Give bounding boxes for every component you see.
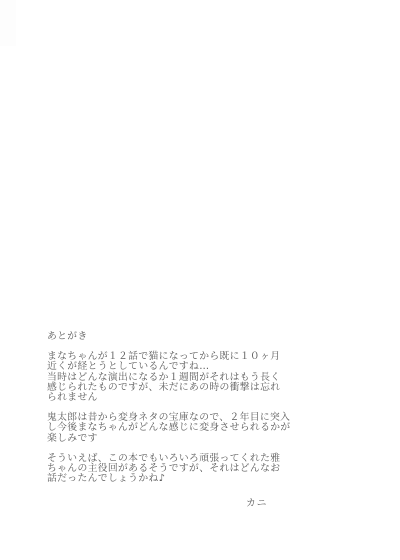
- afterword-heading: あとがき: [47, 332, 299, 342]
- afterword-paragraph: まなちゃんが１２話で猫になってから既に１０ヶ月 近くが経とうとしているんですね……: [47, 352, 299, 403]
- afterword-paragraph: 鬼太郎は昔から変身ネタの宝庫なので、２年目に突入 し今後まなちゃんがどんな感じに…: [47, 413, 299, 444]
- afterword-text-block: あとがき まなちゃんが１２話で猫になってから既に１０ヶ月 近くが経とうとしている…: [47, 332, 299, 494]
- afterword-paragraph: そういえば、この本でもいろいろ頑張ってくれた雅 ちゃんの主役回があるそうですが、…: [47, 454, 299, 485]
- scanned-afterword-page: あとがき まなちゃんが１２話で猫になってから既に１０ヶ月 近くが経とうとしている…: [0, 0, 400, 560]
- text-line: 話だったんでしょうかね♪: [47, 474, 299, 484]
- scan-artifact: [0, 0, 16, 46]
- author-signature: カニ: [246, 495, 268, 509]
- text-line: られません: [47, 393, 299, 403]
- text-line: 楽しみです: [47, 434, 299, 444]
